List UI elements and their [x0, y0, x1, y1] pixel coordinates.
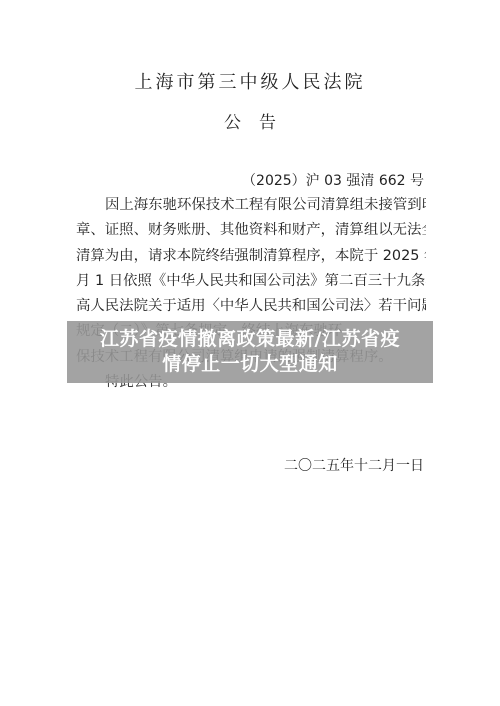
body-line: 清算为由，请求本院终结强制清算程序，本院于 2025 年 12	[76, 244, 426, 269]
body-line: 因上海东驰环保技术工程有限公司清算组未接管到印	[76, 193, 426, 218]
headline-overlay-banner: 江苏省疫情撤离政策最新/江苏省疫 情停止一切大型通知	[67, 321, 433, 383]
court-notice-page: 上海市第三中级人民法院 公告 （2025）沪 03 强清 662 号 因上海东驰…	[0, 0, 500, 706]
case-number: （2025）沪 03 强清 662 号	[242, 170, 424, 190]
court-name-heading: 上海市第三中级人民法院	[0, 68, 500, 94]
overlay-headline-line-2: 情停止一切大型通知	[162, 352, 338, 377]
notice-title: 公告	[0, 108, 500, 133]
body-line: 高人民法院关于适用〈中华人民共和国公司法〉若干问题的	[76, 294, 426, 319]
notice-date: 二〇二五年十二月一日	[284, 455, 424, 475]
body-line: 章、证照、财务账册、其他资料和财产，清算组以无法全面	[76, 218, 426, 243]
overlay-headline-line-1: 江苏省疫情撤离政策最新/江苏省疫	[100, 327, 400, 352]
body-line: 月 1 日依照《中华人民共和国公司法》第二百三十九条、《最	[76, 269, 426, 294]
